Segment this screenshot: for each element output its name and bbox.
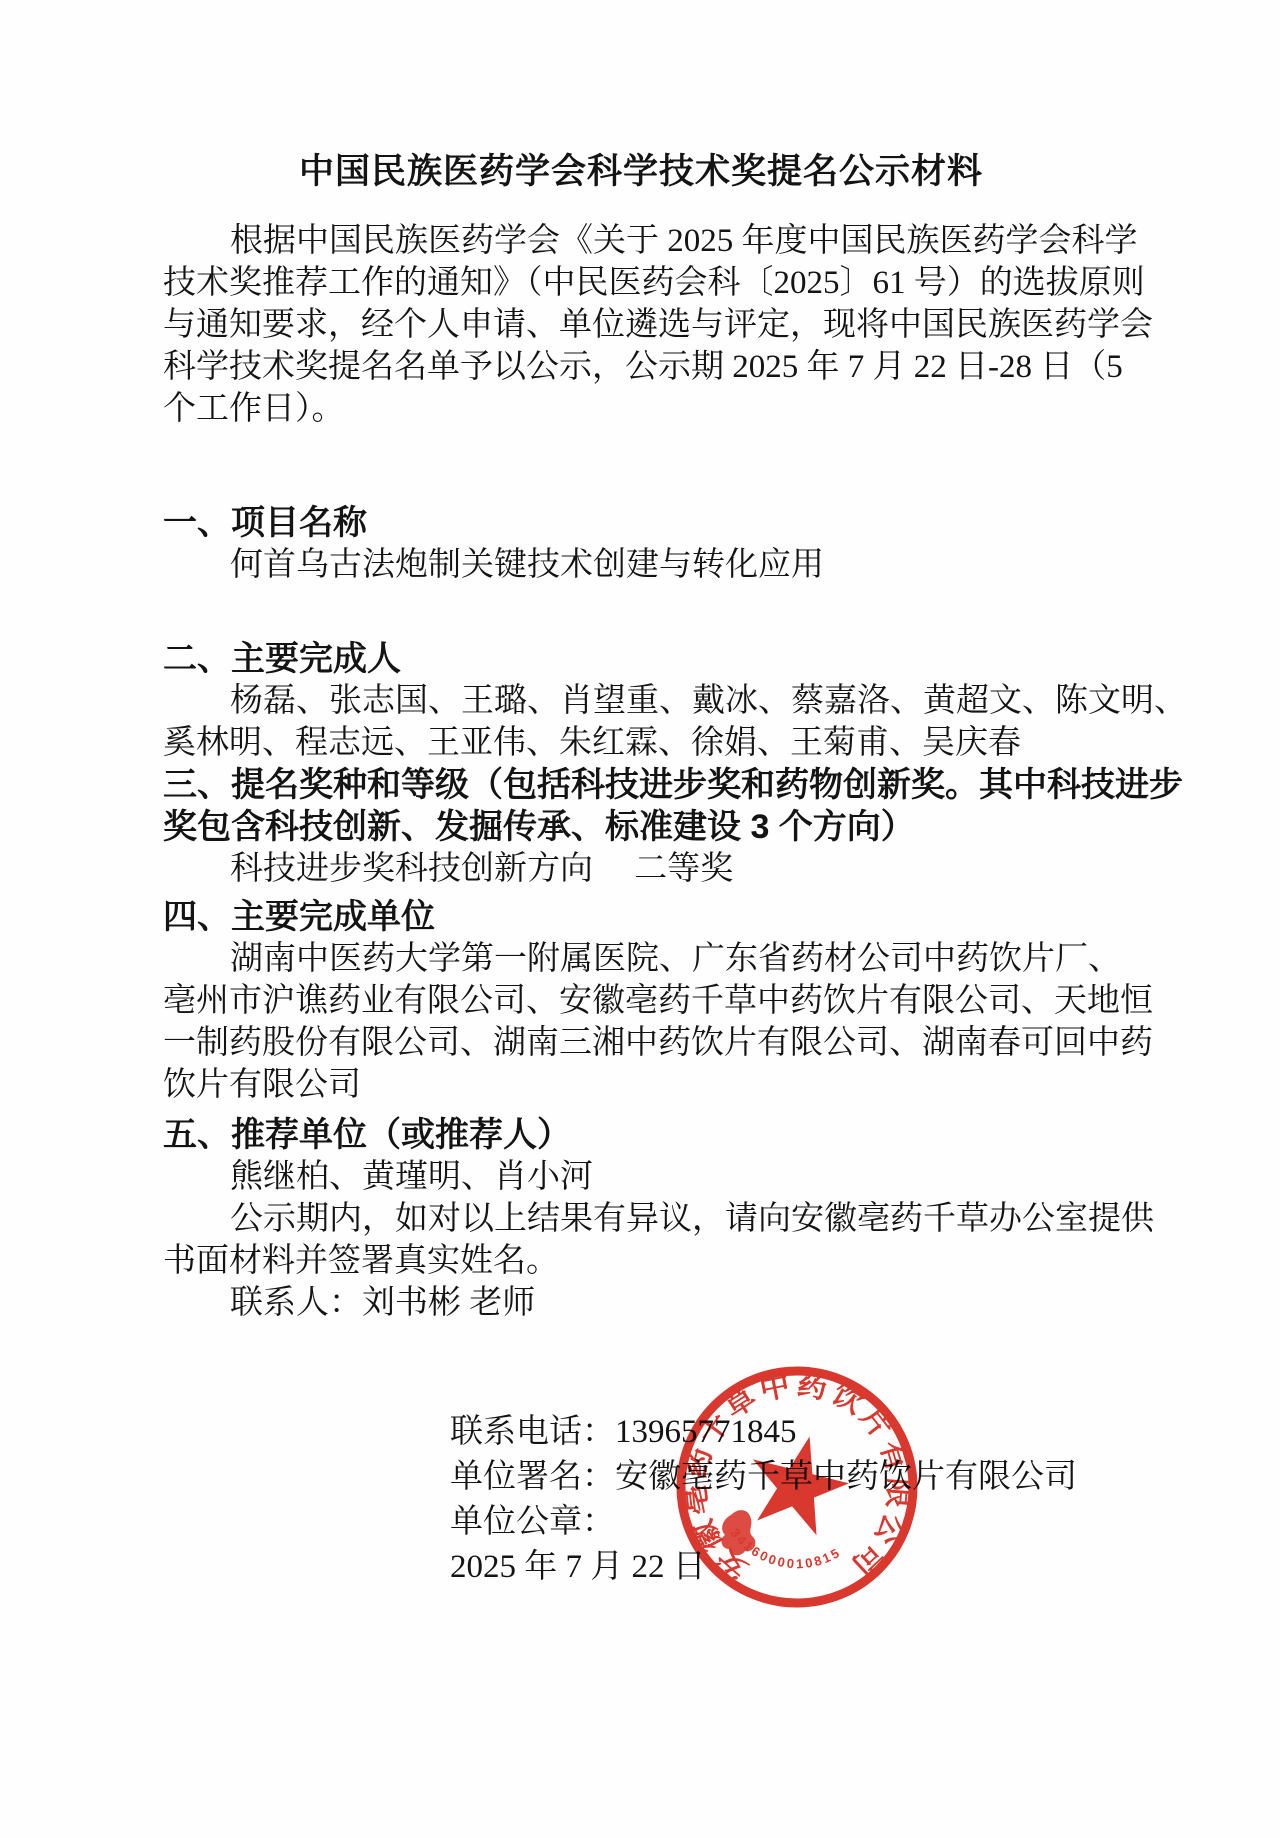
units-line-3: 一制药股份有限公司、湖南三湘中药饮片有限公司、湖南春可回中药 (163, 1022, 1119, 1064)
intro-line-4: 科学技术奖提名名单予以公示，公示期 2025 年 7 月 22 日-28 日（5 (163, 346, 1119, 388)
seal-label: 单位公章： (450, 1500, 1119, 1545)
section-4-heading: 四、主要完成单位 (163, 896, 1119, 938)
completers-line-1: 杨磊、张志国、王璐、肖望重、戴冰、蔡嘉洛、黄超文、陈文明、 (163, 680, 1119, 722)
section-3-heading-line-1: 三、提名奖种和等级（包括科技进步奖和药物创新奖。其中科技进步 (163, 764, 1119, 806)
project-name: 何首乌古法炮制关键技术创建与转化应用 (163, 544, 1119, 586)
intro-line-3: 与通知要求，经个人申请、单位遴选与评定，现将中国民族医药学会 (163, 304, 1119, 346)
section-3-heading-line-2: 奖包含科技创新、发掘传承、标准建设 3 个方向） (163, 806, 1119, 848)
contact-phone: 联系电话：13965771845 (450, 1410, 1119, 1455)
section-5-heading: 五、推荐单位（或推荐人） (163, 1114, 1119, 1156)
intro-paragraph: 根据中国民族医药学会《关于 2025 年度中国民族医药学会科学 技术奖推荐工作的… (163, 220, 1119, 430)
recommenders: 熊继柏、黄瑾明、肖小河 (163, 1156, 1119, 1198)
document-page: 中国民族医药学会科学技术奖提名公示材料 根据中国民族医药学会《关于 2025 年… (0, 0, 1280, 1838)
document-title: 中国民族医药学会科学技术奖提名公示材料 (163, 150, 1119, 194)
unit-signature: 单位署名：安徽亳药千草中药饮片有限公司 (450, 1455, 1119, 1500)
signature-block: 联系电话：13965771845 单位署名：安徽亳药千草中药饮片有限公司 单位公… (450, 1410, 1119, 1590)
award-grade: 科技进步奖科技创新方向 二等奖 (163, 848, 1119, 890)
section-2-heading: 二、主要完成人 (163, 638, 1119, 680)
signature-date: 2025 年 7 月 22 日 (450, 1545, 1119, 1590)
intro-line-1: 根据中国民族医药学会《关于 2025 年度中国民族医药学会科学 (163, 220, 1119, 262)
intro-line-5: 个工作日）。 (163, 388, 1119, 430)
closing-line-2: 书面材料并签署真实姓名。 (163, 1240, 1119, 1282)
intro-line-2: 技术奖推荐工作的通知》（中民医药会科〔2025〕61 号）的选拔原则 (163, 262, 1119, 304)
completers-line-2: 奚林明、程志远、王亚伟、朱红霖、徐娟、王菊甫、吴庆春 (163, 722, 1119, 764)
contact-person: 联系人：刘书彬 老师 (163, 1282, 1119, 1324)
units-line-1: 湖南中医药大学第一附属医院、广东省药材公司中药饮片厂、 (163, 938, 1119, 980)
closing-line-1: 公示期内，如对以上结果有异议，请向安徽亳药千草办公室提供 (163, 1198, 1119, 1240)
section-1-heading: 一、项目名称 (163, 502, 1119, 544)
units-line-4: 饮片有限公司 (163, 1064, 1119, 1106)
document-content: 中国民族医药学会科学技术奖提名公示材料 根据中国民族医药学会《关于 2025 年… (163, 150, 1119, 1590)
units-line-2: 亳州市沪谯药业有限公司、安徽亳药千草中药饮片有限公司、天地恒 (163, 980, 1119, 1022)
